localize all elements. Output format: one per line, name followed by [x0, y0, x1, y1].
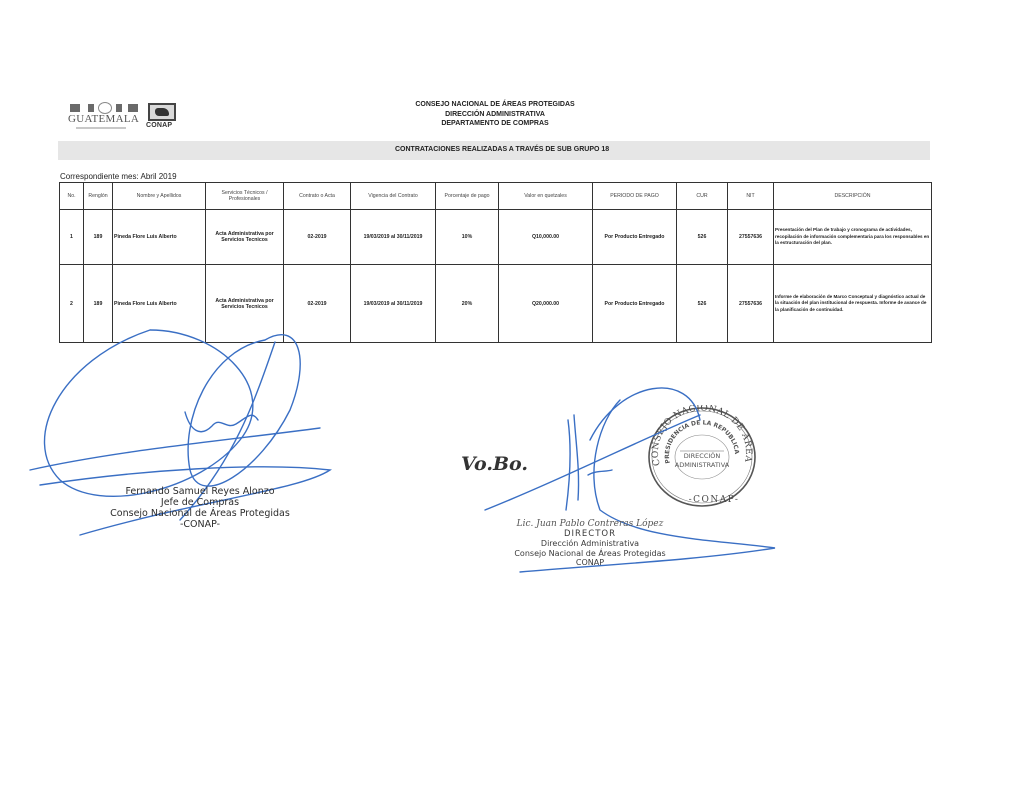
- approver-organization-abbr: CONAP: [505, 558, 675, 568]
- table-row: 2 189 Pineda Flore Luis Alberto Acta Adm…: [60, 265, 932, 343]
- header-line-3: DEPARTAMENTO DE COMPRAS: [380, 119, 610, 129]
- cell-nombre: Pineda Flore Luis Alberto: [113, 210, 206, 265]
- signer-organization-abbr: -CONAP-: [100, 519, 300, 530]
- flag-icon: [116, 104, 122, 112]
- signer-title: Jefe de Compras: [100, 497, 300, 508]
- cell-vigencia: 19/03/2019 al 30/11/2019: [351, 210, 436, 265]
- signature-stroke: [566, 420, 570, 510]
- flag-icon: [88, 104, 94, 112]
- cell-servicios: Acta Administrativa por Servicios Tecnic…: [206, 210, 284, 265]
- signature-block-left: Fernando Samuel Reyes Alonzo Jefe de Com…: [100, 486, 300, 530]
- report-title: CONTRATACIONES REALIZADAS A TRAVÉS DE SU…: [395, 146, 609, 153]
- cell-descripcion: Presentación del Plan de trabajo y crono…: [774, 210, 932, 265]
- title-band: CONTRATACIONES REALIZADAS A TRAVÉS DE SU…: [58, 141, 930, 160]
- guatemala-logo: GUATEMALA: [68, 102, 140, 132]
- flag-icon: [70, 104, 80, 112]
- col-header-cur: CUR: [677, 183, 728, 210]
- signer-name: Fernando Samuel Reyes Alonzo: [100, 486, 300, 497]
- document-header: CONSEJO NACIONAL DE ÁREAS PROTEGIDAS DIR…: [380, 100, 610, 129]
- stamp-bottom-text: -CONAP-: [689, 495, 740, 505]
- col-header-valor: Valor en quetzales: [499, 183, 593, 210]
- vobo-label: Vo.Bo.: [461, 453, 528, 475]
- cell-porcentaje: 10%: [436, 210, 499, 265]
- cell-periodo: Por Producto Entregado: [593, 210, 677, 265]
- guatemala-logo-text: GUATEMALA: [68, 113, 139, 125]
- cell-nit: 27557636: [728, 210, 774, 265]
- col-header-descripcion: DESCRIPCIÓN: [774, 183, 932, 210]
- signature-stroke: [574, 415, 579, 500]
- cell-contrato: 02-2019: [284, 210, 351, 265]
- cell-servicios: Acta Administrativa por Servicios Tecnic…: [206, 265, 284, 343]
- signer-organization: Consejo Nacional de Áreas Protegidas: [100, 508, 300, 519]
- header-line-1: CONSEJO NACIONAL DE ÁREAS PROTEGIDAS: [380, 100, 610, 110]
- stamp-center-line-2: ADMINISTRATIVA: [675, 461, 730, 469]
- cell-porcentaje: 20%: [436, 265, 499, 343]
- table-row: 1 189 Pineda Flore Luis Alberto Acta Adm…: [60, 210, 932, 265]
- cell-valor: Q20,000.00: [499, 265, 593, 343]
- table-header-row: No. Renglón Nombre y Apellidos Servicios…: [60, 183, 932, 210]
- cell-no: 1: [60, 210, 84, 265]
- col-header-periodo: PERIODO DE PAGO: [593, 183, 677, 210]
- cell-no: 2: [60, 265, 84, 343]
- contracts-table: No. Renglón Nombre y Apellidos Servicios…: [59, 182, 932, 343]
- col-header-contrato: Contrato o Acta: [284, 183, 351, 210]
- col-header-no: No.: [60, 183, 84, 210]
- signature-stroke: [185, 412, 258, 432]
- col-header-porcentaje: Porcentaje de pago: [436, 183, 499, 210]
- official-stamp: CONSEJO NACIONAL DE AREAS PROTEGIDAS PRE…: [646, 405, 758, 509]
- cell-cur: 526: [677, 210, 728, 265]
- cell-valor: Q10,000.00: [499, 210, 593, 265]
- signature-loop: [44, 330, 252, 496]
- conap-logo: CONAP: [146, 103, 180, 131]
- signature-stroke: [30, 428, 320, 470]
- approver-department: Dirección Administrativa: [505, 539, 675, 549]
- header-line-2: DIRECCIÓN ADMINISTRATIVA: [380, 110, 610, 120]
- approver-title: DIRECTOR: [505, 530, 675, 540]
- flag-icon: [128, 104, 138, 112]
- cell-nombre: Pineda Flore Luis Alberto: [113, 265, 206, 343]
- cell-nit: 27557636: [728, 265, 774, 343]
- cell-cur: 526: [677, 265, 728, 343]
- stamp-center-line-1: DIRECCIÓN: [684, 451, 721, 460]
- col-header-nit: NIT: [728, 183, 774, 210]
- jaguar-emblem-icon: [148, 103, 176, 121]
- cell-descripcion: Informe de elaboración de Marco Conceptu…: [774, 265, 932, 343]
- cell-renglon: 189: [84, 265, 113, 343]
- signature-loop: [188, 335, 300, 486]
- col-header-nombre: Nombre y Apellidos: [113, 183, 206, 210]
- cell-contrato: 02-2019: [284, 265, 351, 343]
- cell-vigencia: 19/03/2019 al 30/11/2019: [351, 265, 436, 343]
- conap-logo-text: CONAP: [146, 122, 172, 129]
- approver-organization: Consejo Nacional de Áreas Protegidas: [505, 549, 675, 559]
- signature-stroke: [588, 470, 612, 475]
- month-label: Correspondiente mes: Abril 2019: [60, 172, 177, 181]
- cell-periodo: Por Producto Entregado: [593, 265, 677, 343]
- col-header-vigencia: Vigencia del Contrato: [351, 183, 436, 210]
- col-header-servicios: Servicios Técnicos / Profesionales: [206, 183, 284, 210]
- col-header-renglon: Renglón: [84, 183, 113, 210]
- cell-renglon: 189: [84, 210, 113, 265]
- signature-block-right: Lic. Juan Pablo Contreras López DIRECTOR…: [505, 520, 675, 568]
